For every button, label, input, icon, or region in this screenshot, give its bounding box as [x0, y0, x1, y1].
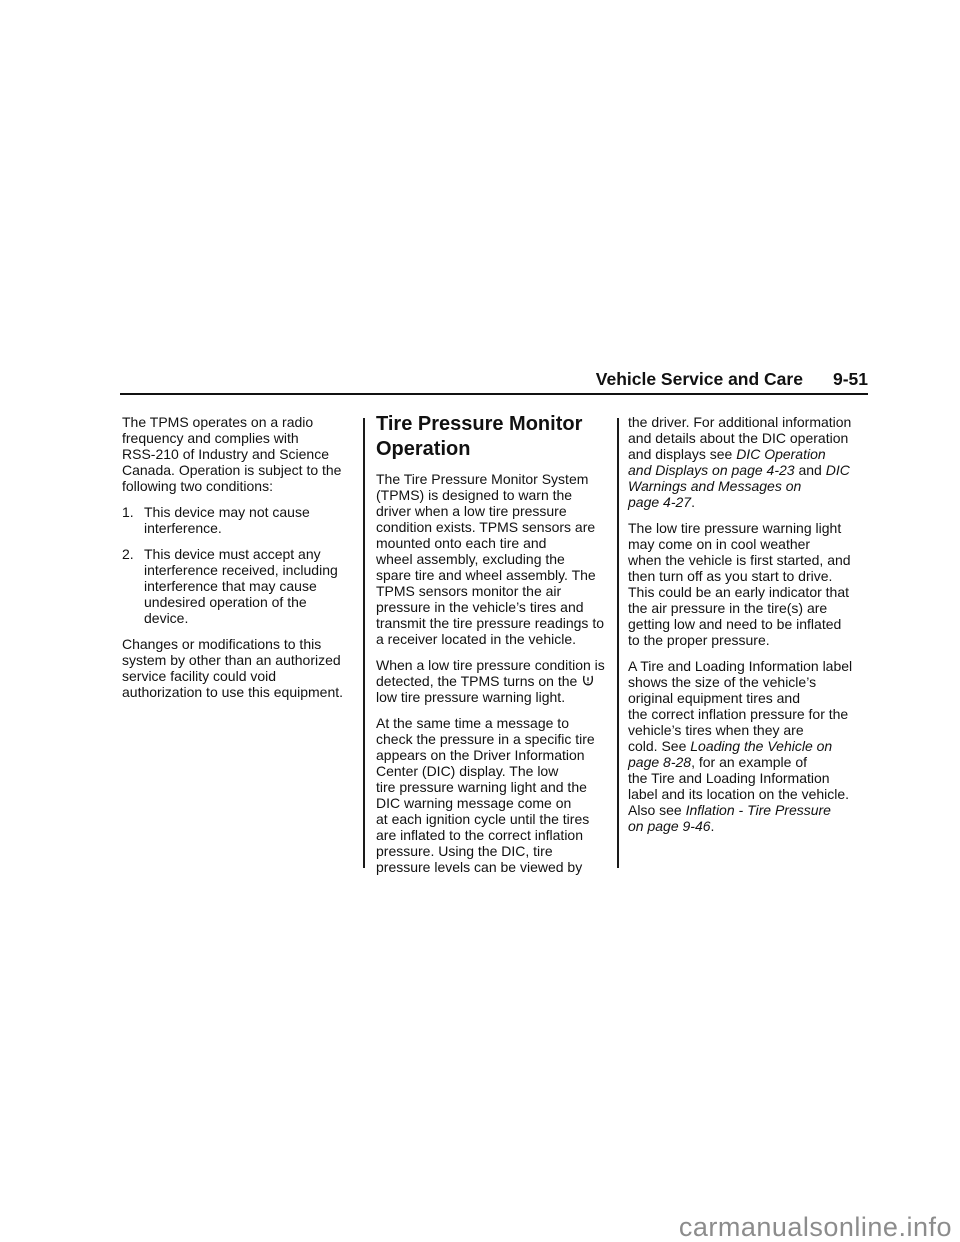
tpms-detection-paragraph: When a low tire pressure condition is de…	[376, 657, 614, 705]
tire-loading-label-paragraph: A Tire and Loading Information label sho…	[628, 658, 866, 834]
list-item-text: This device may not cause interference.	[144, 504, 360, 536]
condition-list-item-2: 2. This device must accept any interfere…	[122, 546, 360, 626]
column-tpms-additional-info: the driver. For additional information a…	[628, 414, 866, 834]
page-header: Vehicle Service and Care 9-51	[120, 368, 868, 390]
modifications-warning-paragraph: Changes or modifications to this system …	[122, 636, 360, 700]
dic-references-paragraph: the driver. For additional information a…	[628, 414, 866, 510]
tpms-regulatory-intro-paragraph: The TPMS operates on a radio frequency a…	[122, 414, 360, 494]
list-number: 1.	[122, 504, 144, 536]
list-number: 2.	[122, 546, 144, 626]
column-tpms-operation: Tire Pressure Monitor Operation The Tire…	[376, 412, 614, 875]
tpms-description-paragraph: The Tire Pressure Monitor System (TPMS) …	[376, 471, 614, 647]
header-rule	[120, 393, 868, 395]
watermark-text: carmanualsonline.info	[679, 1213, 952, 1242]
header-section-title: Vehicle Service and Care	[596, 368, 803, 390]
cool-weather-paragraph: The low tire pressure warning light may …	[628, 520, 866, 648]
header-page-number: 9-51	[833, 368, 868, 390]
column-divider-2	[617, 418, 619, 868]
manual-page: Vehicle Service and Care 9-51 The TPMS o…	[0, 0, 960, 1242]
dic-message-paragraph: At the same time a message to check the …	[376, 715, 614, 875]
condition-list-item-1: 1. This device may not cause interferenc…	[122, 504, 360, 536]
list-item-text: This device must accept any interference…	[144, 546, 360, 626]
column-tpms-regulatory: The TPMS operates on a radio frequency a…	[122, 414, 360, 700]
section-heading-tire-pressure-monitor-operation: Tire Pressure Monitor Operation	[376, 412, 614, 462]
tpms-warning-icon	[581, 673, 595, 689]
column-divider-1	[363, 418, 365, 868]
